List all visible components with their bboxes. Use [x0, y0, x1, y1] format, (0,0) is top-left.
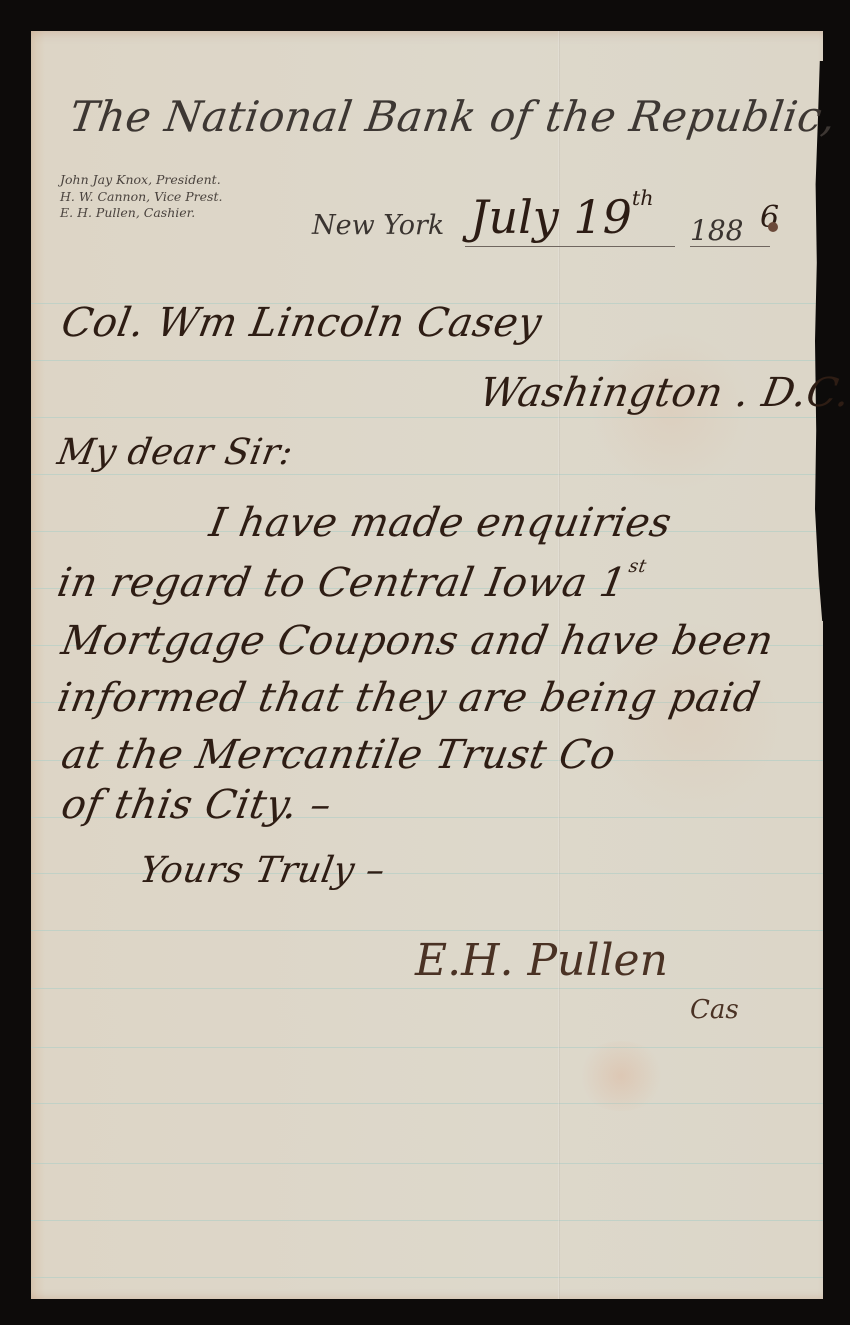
dateline-place: New York [312, 210, 444, 241]
body-line: I have made enquiries [206, 500, 675, 546]
recipient-name: Col. Wm Lincoln Casey [58, 300, 545, 346]
date-month-day: July 19 [470, 190, 632, 244]
body-line: at the Mercantile Trust Co [58, 732, 619, 778]
ruled-line [31, 1220, 823, 1221]
date-underline [465, 246, 675, 247]
ordinal-suffix: st [627, 556, 648, 577]
signature: E.H. Pullen [415, 935, 668, 986]
valediction: Yours Truly – [136, 850, 388, 891]
body-line-text: in regard to Central Iowa 1 [54, 560, 630, 606]
body-line: informed that they are being paid [54, 675, 764, 721]
letterhead-title: The National Bank of the Republic, [67, 92, 840, 141]
ruled-line [31, 930, 823, 931]
officer-president: John Jay Knox, President. [60, 172, 222, 189]
ruled-line [31, 1277, 823, 1278]
year-prefix: 188 [690, 214, 743, 247]
recipient-city: Washington . D.C. [476, 370, 850, 416]
body-line: Mortgage Coupons and have been [58, 618, 777, 664]
ruled-line [31, 988, 823, 989]
salutation: My dear Sir: [54, 432, 296, 473]
torn-edge [815, 61, 827, 621]
body-line: of this City. – [58, 782, 335, 828]
signature-title: Cas [690, 995, 739, 1025]
ruled-line [31, 1103, 823, 1104]
ink-blot [768, 222, 778, 232]
body-line: in regard to Central Iowa 1st [54, 560, 648, 606]
officer-cashier: E. H. Pullen, Cashier. [60, 205, 222, 222]
date-suffix: th [632, 186, 654, 210]
officer-vice-president: H. W. Cannon, Vice Prest. [60, 189, 222, 206]
stain [576, 1041, 666, 1111]
officers-list: John Jay Knox, President. H. W. Cannon, … [60, 172, 222, 222]
dateline-date: July 19th [470, 190, 654, 244]
ruled-line [31, 1163, 823, 1164]
ruled-line [31, 1047, 823, 1048]
